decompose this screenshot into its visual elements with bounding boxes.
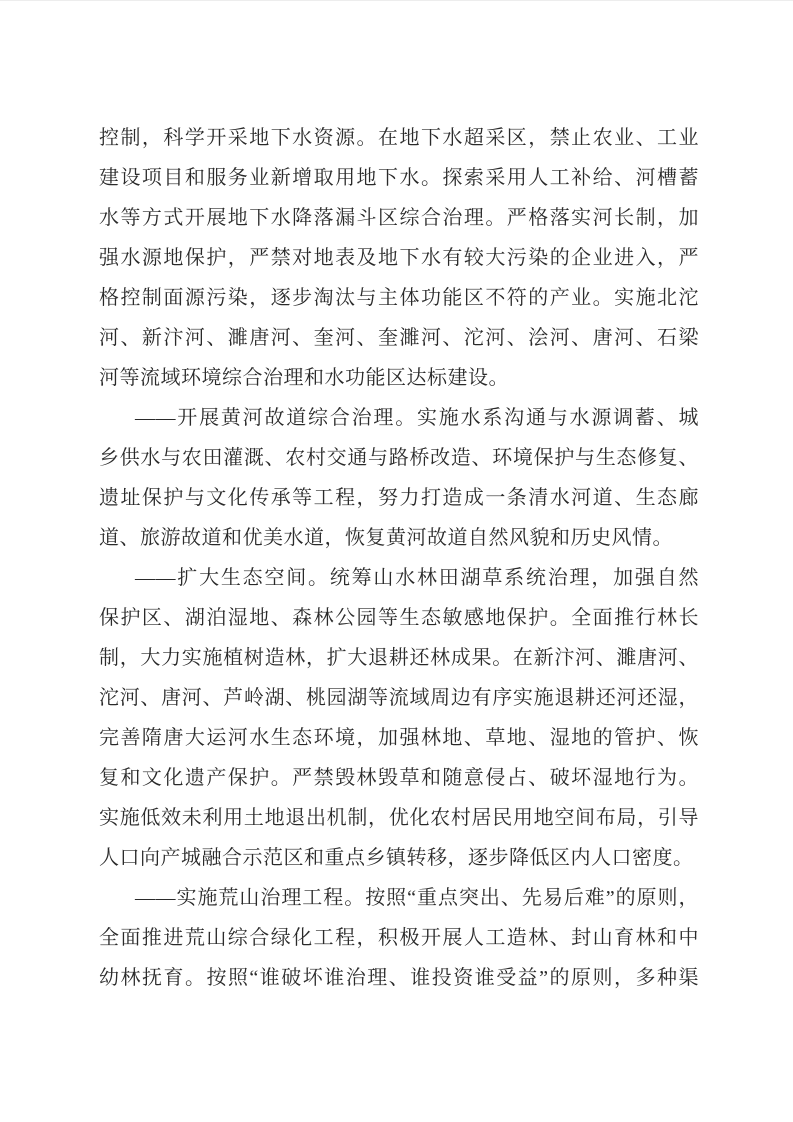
text-line: 乡供水与农田灌溉、农村交通与路桥改造、环境保护与生态修复、 xyxy=(99,438,699,478)
text-line: 格控制面源污染，逐步淘汰与主体功能区不符的产业。实施北沱 xyxy=(99,278,699,318)
text-line: 建设项目和服务业新增取用地下水。探索采用人工补给、河槽蓄 xyxy=(99,158,699,198)
page-top-edge xyxy=(0,0,793,1)
text-line: 河、新汴河、濉唐河、奎河、奎濉河、沱河、浍河、唐河、石梁 xyxy=(99,318,699,358)
text-line: 幼林抚育。按照“谁破坏谁治理、谁投资谁受益”的原则，多种渠 xyxy=(99,958,699,998)
text-line: ——开展黄河故道综合治理。实施水系沟通与水源调蓄、城 xyxy=(99,398,699,438)
text-line: 复和文化遗产保护。严禁毁林毁草和随意侵占、破坏湿地行为。 xyxy=(99,758,699,798)
paragraph: ——扩大生态空间。统筹山水林田湖草系统治理，加强自然保护区、湖泊湿地、森林公园等… xyxy=(99,558,699,878)
paragraph: ——开展黄河故道综合治理。实施水系沟通与水源调蓄、城乡供水与农田灌溉、农村交通与… xyxy=(99,398,699,558)
text-line: 实施低效未利用土地退出机制，优化农村居民用地空间布局，引导 xyxy=(99,798,699,838)
text-line: 人口向产城融合示范区和重点乡镇转移，逐步降低区内人口密度。 xyxy=(99,838,699,878)
text-line: 河等流域环境综合治理和水功能区达标建设。 xyxy=(99,358,699,398)
paragraph: 控制，科学开采地下水资源。在地下水超采区，禁止农业、工业建设项目和服务业新增取用… xyxy=(99,118,699,398)
text-line: 制，大力实施植树造林，扩大退耕还林成果。在新汴河、濉唐河、 xyxy=(99,638,699,678)
paragraph: ——实施荒山治理工程。按照“重点突出、先易后难”的原则，全面推进荒山综合绿化工程… xyxy=(99,878,699,998)
text-block: 控制，科学开采地下水资源。在地下水超采区，禁止农业、工业建设项目和服务业新增取用… xyxy=(99,118,699,998)
text-line: ——扩大生态空间。统筹山水林田湖草系统治理，加强自然 xyxy=(99,558,699,598)
text-line: 遗址保护与文化传承等工程，努力打造成一条清水河道、生态廊 xyxy=(99,478,699,518)
text-line: 沱河、唐河、芦岭湖、桃园湖等流域周边有序实施退耕还河还湿， xyxy=(99,678,699,718)
text-line: 全面推进荒山综合绿化工程，积极开展人工造林、封山育林和中 xyxy=(99,918,699,958)
text-line: ——实施荒山治理工程。按照“重点突出、先易后难”的原则， xyxy=(99,878,699,918)
text-line: 水等方式开展地下水降落漏斗区综合治理。严格落实河长制，加 xyxy=(99,198,699,238)
text-line: 道、旅游故道和优美水道，恢复黄河故道自然风貌和历史风情。 xyxy=(99,518,699,558)
text-line: 强水源地保护，严禁对地表及地下水有较大污染的企业进入，严 xyxy=(99,238,699,278)
document-page: 控制，科学开采地下水资源。在地下水超采区，禁止农业、工业建设项目和服务业新增取用… xyxy=(0,0,793,1122)
text-line: 控制，科学开采地下水资源。在地下水超采区，禁止农业、工业 xyxy=(99,118,699,158)
text-line: 保护区、湖泊湿地、森林公园等生态敏感地保护。全面推行林长 xyxy=(99,598,699,638)
text-line: 完善隋唐大运河水生态环境，加强林地、草地、湿地的管护、恢 xyxy=(99,718,699,758)
